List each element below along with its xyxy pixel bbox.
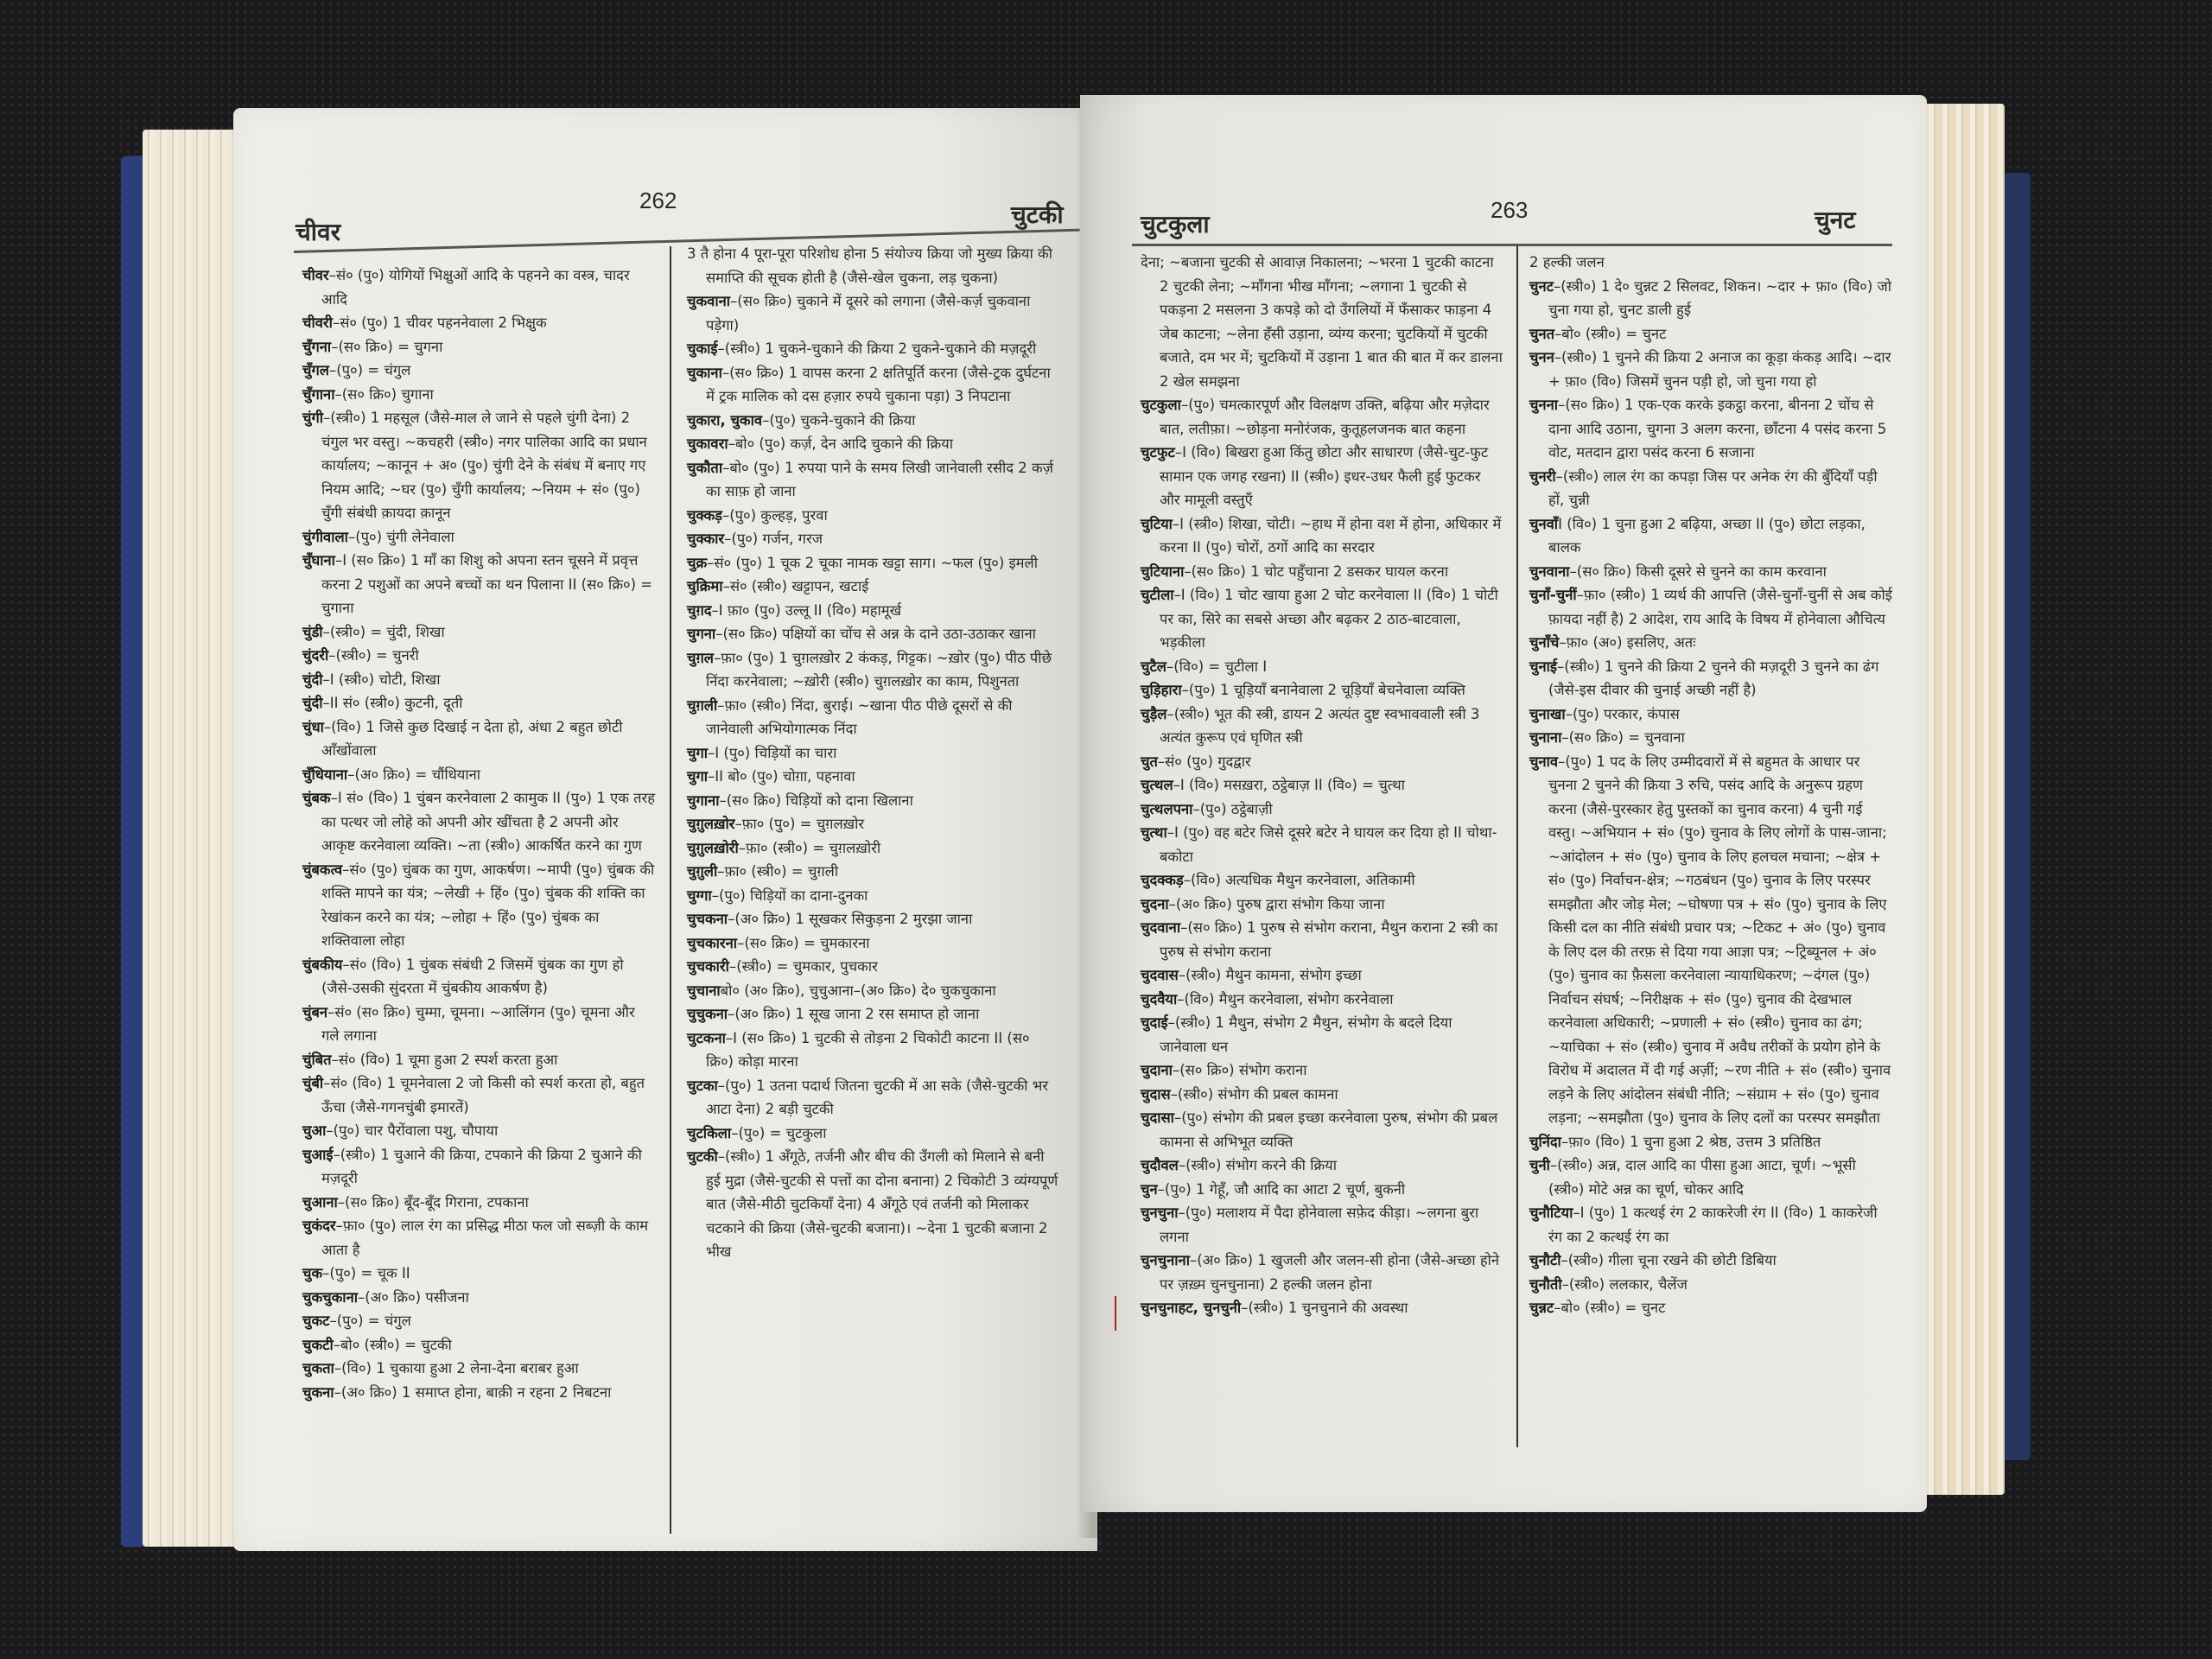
dictionary-entry: चुचानाबो० (अ० क्रि०), चुचुआना–(अ० क्रि०)…	[687, 979, 1058, 1003]
definition: –I (स्त्री०) चोटी, शिखा	[323, 671, 441, 688]
dictionary-entry: चुगा–II बो० (पु०) चोग़ा, पहनावा	[687, 765, 1058, 789]
definition: –(स० क्रि०) पक्षियों का चोंच से अन्न के …	[715, 626, 1036, 642]
dictionary-entry: चुंबन–सं० (स० क्रि०) चुम्मा, चूमना। ~आलि…	[302, 1001, 657, 1048]
headword: चुदना	[1141, 896, 1169, 912]
headword: चुचकना	[687, 911, 728, 927]
dictionary-entry: चुग़ल–फ़ा० (पु०) 1 चुग़लख़ोर 2 कंकड़, गि…	[687, 646, 1058, 694]
headword: चुदासा	[1141, 1109, 1174, 1126]
page-edges-left	[143, 130, 238, 1547]
definition: –(स्त्री०) = चुनरी	[328, 647, 418, 664]
definition: –(स्त्री०) 1 अँगूठे, तर्जनी और बीच की उँ…	[706, 1148, 1058, 1260]
headword: चुटकी	[687, 1148, 718, 1165]
definition: –बो० (पु०) कर्ज़, देन आदि चुकाने की क्रि…	[728, 435, 953, 452]
dictionary-entry: चुकटी–बो० (स्त्री०) = चुटकी	[302, 1333, 657, 1357]
definition: –(पु०) = चंगुल	[329, 1313, 410, 1329]
definition: –(स्त्री०) 1 महसूल (जैसे-माल ले जाने से …	[321, 410, 647, 521]
definition: –फ़ा० (अ०) इसलिए, अतः	[1559, 634, 1695, 651]
headword: चुआई	[302, 1147, 333, 1163]
dictionary-entry: चुग़ुलख़ोरी–फ़ा० (स्त्री०) = चुग़लख़ोरी	[687, 836, 1058, 861]
column-1: चीवर–सं० (पु०) योगियों भिक्षुओं आदि के प…	[302, 264, 657, 1404]
headword: चुनचुनाहट, चुनचुनी	[1141, 1300, 1241, 1316]
dictionary-entry: चुआना–(स० क्रि०) बूँद-बूँद गिराना, टपकान…	[302, 1191, 657, 1215]
definition: –(स्त्री०) 1 चुआने की क्रिया, टपकाने की …	[321, 1147, 642, 1187]
headword: चुदास	[1141, 1086, 1171, 1103]
dictionary-entry: चुदासा–(पु०) संभोग की प्रबल इच्छा करनेवा…	[1141, 1106, 1503, 1154]
dictionary-entry: चुंगी–(स्त्री०) 1 महसूल (जैसे-माल ले जान…	[302, 406, 657, 525]
dictionary-entry: चुँगल–(पु०) = चंगुल	[302, 359, 657, 383]
headword: चुग़ुली	[687, 863, 717, 880]
page-number: 263	[1491, 197, 1528, 224]
headword: चुक्कार	[687, 531, 724, 547]
headword: चुनवाना	[1529, 563, 1570, 580]
definition: –सं० (पु०) योगियों भिक्षुओं आदि के पहनने…	[321, 267, 630, 308]
column-2: 2 हल्की जलनचुनट–(स्त्री०) 1 दे० चुन्नट 2…	[1529, 251, 1892, 1320]
definition: –सं० (वि०) 1 चूमा हुआ 2 स्पर्श करता हुआ	[332, 1052, 558, 1068]
definition: –(पु०) 1 उतना पदार्थ जितना चुटकी में आ स…	[706, 1077, 1048, 1118]
definition: –फ़ा० (स्त्री०) = चुग़लख़ोरी	[739, 840, 880, 856]
definition: –बो० (स्त्री०) = चुनट	[1554, 1300, 1665, 1316]
headword: चुन	[1141, 1181, 1158, 1198]
definition: –(अ० क्रि०) 1 खुजली और जलन-सी होना (जैसे…	[1160, 1252, 1499, 1293]
dictionary-entry: चुक्र–सं० (पु०) 1 चूक 2 चूका नामक खट्टा …	[687, 551, 1058, 575]
definition: –(स्त्री०) 1 दे० चुन्नट 2 सिलवट, शिकन। ~…	[1548, 278, 1891, 319]
definition: –(पु०) परकार, कंपास	[1566, 706, 1680, 722]
dictionary-entry: चुटकिला–(पु०) = चुटकुला	[687, 1122, 1058, 1146]
definition: –I (स्त्री०) शिखा, चोटी। ~हाथ में होना व…	[1160, 516, 1501, 556]
definition: –(स्त्री०) ललकार, चैलेंज	[1562, 1276, 1688, 1293]
headword: चुनौटी	[1529, 1252, 1561, 1268]
definition: –बो० (स्त्री०) = चुटकी	[334, 1337, 452, 1353]
definition: 2 हल्की जलन	[1529, 254, 1605, 270]
headword: चुचकारी	[687, 958, 729, 975]
definition: –I (स० क्रि०) 1 माँ का शिशु को अपना स्तन…	[321, 552, 652, 616]
dictionary-entry: चुनाँ-चुनीं–फ़ा० (स्त्री०) 1 व्यर्थ की आ…	[1529, 583, 1892, 631]
headword: चुकौता	[687, 460, 722, 476]
headword: चुंडी	[302, 624, 323, 640]
definition: –I सं० (वि०) 1 चुंबन करनेवाला 2 कामुक II…	[321, 790, 655, 854]
dictionary-entry: चुन्नट–बो० (स्त्री०) = चुनट	[1529, 1296, 1892, 1320]
dictionary-entry: चुंबित–सं० (वि०) 1 चूमा हुआ 2 स्पर्श करत…	[302, 1048, 657, 1072]
dictionary-entry: चुड़ैल–(स्त्री०) भूत की स्त्री, डायन 2 अ…	[1141, 702, 1503, 750]
dictionary-entry: चुनट–(स्त्री०) 1 दे० चुन्नट 2 सिलवट, शिक…	[1529, 275, 1892, 322]
definition: –(पु०) 1 गेहूँ, जौ आदि का आटा 2 चूर्ण, ब…	[1158, 1181, 1406, 1198]
left-page[interactable]: 262 चीवर चुटकी चीवर–सं० (पु०) योगियों भि…	[233, 108, 1097, 1551]
definition: –फ़ा० (स्त्री०) = चुग़ली	[717, 863, 838, 880]
headword: चुदाई	[1141, 1014, 1168, 1031]
headword: चुनाँचे	[1529, 634, 1559, 651]
definition: –(अ० क्रि०) 1 समाप्त होना, बाक़ी न रहना …	[334, 1384, 612, 1401]
headword: चुग्गा	[687, 887, 712, 904]
dictionary-entry: चुनचुनाना–(अ० क्रि०) 1 खुजली और जलन-सी ह…	[1141, 1249, 1503, 1296]
red-pen-mark	[1115, 1296, 1116, 1331]
headword: चुनिंदा	[1529, 1134, 1561, 1150]
open-dictionary-book: 262 चीवर चुटकी चीवर–सं० (पु०) योगियों भि…	[0, 0, 2212, 1659]
dictionary-entry: चुग़द–I फ़ा० (पु०) उल्लू II (वि०) महामूर…	[687, 599, 1058, 623]
dictionary-entry: चुगा–I (पु०) चिड़ियों का चारा	[687, 741, 1058, 766]
definition: –(स० क्रि०) किसी दूसरे से चुनने का काम क…	[1570, 563, 1827, 580]
dictionary-entry: चुटीला–I (वि०) 1 चोट खाया हुआ 2 चोट करने…	[1141, 583, 1503, 655]
headword: चुंबी	[302, 1075, 323, 1091]
dictionary-entry: चुंडी–(स्त्री०) = चुंदी, शिखा	[302, 620, 657, 645]
dictionary-entry: चुदना–(अ० क्रि०) पुरुष द्वारा संभोग किया…	[1141, 893, 1503, 917]
definition: –फ़ा० (स्त्री०) 1 व्यर्थ की आपत्ति (जैसे…	[1548, 587, 1892, 627]
headword: चुआना	[302, 1194, 338, 1211]
definition: –(पु०) 1 चूड़ियाँ बनानेवाला 2 चूड़ियाँ ब…	[1182, 682, 1465, 698]
definition: –(पु०) चिड़ियों का दाना-दुनका	[712, 887, 868, 904]
definition: –(स्त्री०) मैथुन कामना, संभोग इच्छा	[1179, 967, 1362, 983]
dictionary-entry: चुँधियाना–(अ० क्रि०) = चौंधियाना	[302, 763, 657, 787]
page-number: 262	[639, 188, 677, 214]
definition: –(स्त्री०) संभोग की प्रबल कामना	[1171, 1086, 1338, 1103]
headword: चुंबित	[302, 1052, 332, 1068]
dictionary-entry: चुटका–(पु०) 1 उतना पदार्थ जितना चुटकी मे…	[687, 1074, 1058, 1122]
dictionary-entry: चुनाखा–(पु०) परकार, कंपास	[1529, 702, 1892, 727]
headword: चुकट	[302, 1313, 329, 1329]
dictionary-entry: चुदाई–(स्त्री०) 1 मैथुन, संभोग 2 मैथुन, …	[1141, 1011, 1503, 1058]
dictionary-entry: चुनचुनाहट, चुनचुनी–(स्त्री०) 1 चुनचुनाने…	[1141, 1296, 1503, 1320]
dictionary-entry: चुनौटिया–I (पु०) 1 कत्थई रंग 2 काकरेजी र…	[1529, 1201, 1892, 1249]
dictionary-entry: 2 हल्की जलन	[1529, 251, 1892, 275]
dictionary-entry: चुकौता–बो० (पु०) 1 रुपया पाने के समय लिख…	[687, 456, 1058, 504]
definition: –फ़ा० (पु०) = चुग़लख़ोर	[734, 816, 864, 832]
dictionary-entry: चुंदी–I (स्त्री०) चोटी, शिखा	[302, 668, 657, 692]
dictionary-entry: चुक्कड़–(पु०) कुल्हड़, पुरवा	[687, 504, 1058, 528]
definition: –(स० क्रि०) चिड़ियों को दाना खिलाना	[719, 792, 912, 809]
headword: चुनौटिया	[1529, 1205, 1573, 1221]
headword: चुकना	[302, 1384, 334, 1401]
dictionary-entry: चुकचुकाना–(अ० क्रि०) पसीजना	[302, 1286, 657, 1310]
dictionary-entry: चुक्रिमा–सं० (स्त्री०) खट्टापन, खटाई	[687, 575, 1058, 599]
dictionary-entry: चुआ–(पु०) चार पैरोंवाला पशु, चौपाया	[302, 1119, 657, 1143]
dictionary-entry: चुँगाना–(स० क्रि०) चुगाना	[302, 383, 657, 407]
headword: चुँगाना	[302, 386, 334, 403]
headword: चुगना	[687, 626, 715, 642]
headword: चुक	[302, 1265, 322, 1281]
definition: –(पु०) चुकने-चुकाने की क्रिया	[762, 412, 915, 429]
dictionary-entry: चुनौटी–(स्त्री०) गीला चूना रखने की छोटी …	[1529, 1249, 1892, 1273]
headword: चुटका	[687, 1077, 718, 1094]
dictionary-entry: चुकट–(पु०) = चंगुल	[302, 1309, 657, 1333]
dictionary-entry: चुंगीवाला–(पु०) चुंगी लेनेवाला	[302, 525, 657, 550]
dictionary-entry: चुंबक–I सं० (वि०) 1 चुंबन करनेवाला 2 काम…	[302, 786, 657, 858]
dictionary-entry: चुकाई–(स्त्री०) 1 चुकने-चुकाने की क्रिया…	[687, 337, 1058, 361]
headword: चुत	[1141, 753, 1158, 770]
definition: –सं० (स्त्री०) खट्टापन, खटाई	[723, 578, 869, 594]
definition: –I (पु०) चिड़ियों का चारा	[708, 745, 836, 761]
headword: चुनाव	[1529, 753, 1558, 770]
definition: –(स० क्रि०) बूँद-बूँद गिराना, टपकाना	[338, 1194, 529, 1211]
dictionary-entry: चीवरी–सं० (पु०) 1 चीवर पहननेवाला 2 भिक्ष…	[302, 311, 657, 335]
headword: चुदाना	[1141, 1062, 1173, 1078]
definition: –(पु०) = चुटकुला	[731, 1125, 826, 1141]
dictionary-entry: चुनचुना–(पु०) मलाशय में पैदा होनेवाला सफ…	[1141, 1201, 1503, 1249]
dictionary-entry: चुदवास–(स्त्री०) मैथुन कामना, संभोग इच्छ…	[1141, 963, 1503, 988]
definition: –(पु०) = चूक II	[322, 1265, 410, 1281]
dictionary-entry: चुनिंदा–फ़ा० (वि०) 1 चुना हुआ 2 श्रेष्ठ,…	[1529, 1130, 1892, 1154]
definition: –सं० (पु०) गुदद्वार	[1158, 753, 1251, 770]
dictionary-entry: चुग्गा–(पु०) चिड़ियों का दाना-दुनका	[687, 884, 1058, 908]
headword: चुटियाना	[1141, 563, 1184, 580]
headword: चुचकारना	[687, 935, 737, 951]
headword: चुंबक	[302, 790, 331, 806]
definition: –(वि०) मैथुन करनेवाला, संभोग करनेवाला	[1177, 991, 1393, 1007]
definition: –(पु०) = चंगुल	[329, 362, 410, 378]
headword: चुनाखा	[1529, 706, 1566, 722]
definition: –(स्त्री०) 1 चुकने-चुकाने की क्रिया 2 चु…	[718, 340, 1037, 357]
dictionary-entry: चुँगना–(स० क्रि०) = चुगना	[302, 335, 657, 359]
column-divider	[670, 246, 671, 1534]
headword: चुनौती	[1529, 1276, 1562, 1293]
headword: चुनन	[1529, 349, 1554, 365]
definition: –I (वि०) बिखरा हुआ किंतु छोटा और साधारण …	[1160, 444, 1488, 508]
dictionary-entry: चुंदरी–(स्त्री०) = चुनरी	[302, 644, 657, 668]
definition: बो० (अ० क्रि०), चुचुआना–(अ० क्रि०) दे० च…	[721, 982, 996, 999]
dictionary-entry: चुटिया–I (स्त्री०) शिखा, चोटी। ~हाथ में …	[1141, 512, 1503, 560]
dictionary-entry: चुनना–(स० क्रि०) 1 एक-एक करके इकट्ठा करन…	[1529, 393, 1892, 465]
headword: चुकावरा	[687, 435, 728, 452]
dictionary-entry: चुगाना–(स० क्रि०) चिड़ियों को दाना खिलान…	[687, 789, 1058, 813]
headword: चुनरी	[1529, 468, 1556, 485]
headword: चुनट	[1529, 278, 1554, 295]
dictionary-entry: चुचुकना–(अ० क्रि०) 1 सूख जाना 2 रस समाप्…	[687, 1002, 1058, 1027]
headword: चुकंदर	[302, 1217, 336, 1234]
dictionary-entry: चुदास–(स्त्री०) संभोग की प्रबल कामना	[1141, 1083, 1503, 1107]
definition: –(स्त्री०) = चुमकार, पुचकार	[729, 958, 878, 975]
headword: चुटीला	[1141, 587, 1174, 603]
headword: चुटकना	[687, 1030, 726, 1046]
definition: देना; ~बजाना चुटकी से आवाज़ निकालना; ~भर…	[1141, 254, 1503, 390]
definition: –II बो० (पु०) चोग़ा, पहनावा	[708, 768, 855, 785]
definition: –(पु०) चमत्कारपूर्ण और विलक्षण उक्ति, बढ…	[1160, 397, 1490, 437]
definition: –(वि०) अत्यधिक मैथुन करनेवाला, अतिकामी	[1184, 872, 1415, 888]
headword: चुचाना	[687, 982, 721, 999]
definition: –फ़ा० (पु०) 1 चुग़लख़ोर 2 कंकड़, गिट्टक।…	[706, 650, 1052, 690]
definition: –I (स० क्रि०) 1 चुटकी से तोड़ना 2 चिकोटी…	[706, 1030, 1030, 1071]
headword: चुत्थलपना	[1141, 801, 1192, 817]
definition: –(अ० क्रि०) पुरुष द्वारा संभोग किया जाना	[1169, 896, 1385, 912]
definition: –II सं० (स्त्री०) कुटनी, दूती	[323, 695, 463, 711]
guide-word-first: चीवर	[296, 215, 340, 248]
dictionary-entry: चुन–(पु०) 1 गेहूँ, जौ आदि का आटा 2 चूर्ण…	[1141, 1178, 1503, 1202]
definition: –बो० (पु०) 1 रुपया पाने के समय लिखी जाने…	[706, 460, 1053, 500]
headword: चुकाना	[687, 365, 722, 381]
headword: चुनचुना	[1141, 1205, 1179, 1221]
headword: चुनचुनाना	[1141, 1252, 1190, 1268]
dictionary-entry: चुनवाँI (वि०) 1 चुना हुआ 2 बढ़िया, अच्छा…	[1529, 512, 1892, 560]
dictionary-entry: चुत्थल–I (वि०) मसख़रा, ठट्ठेबाज़ II (वि०…	[1141, 773, 1503, 798]
headword: चुत्था	[1141, 824, 1167, 841]
headword: चुनत	[1529, 326, 1554, 342]
headword: चुग़ली	[687, 697, 717, 714]
definition: –(अ० क्रि०) = चौंधियाना	[347, 766, 480, 783]
headword: चुदवास	[1141, 967, 1179, 983]
dictionary-entry: 3 तै होना 4 पूरा-पूरा परिशोध होना 5 संयो…	[687, 242, 1058, 289]
definition: –(स्त्री०) = चुंदी, शिखा	[323, 624, 445, 640]
dictionary-entry: चुनी–(स्त्री०) अन्न, दाल आदि का पीसा हुआ…	[1529, 1154, 1892, 1201]
definition: –(स्त्री०) 1 मैथुन, संभोग 2 मैथुन, संभोग…	[1160, 1014, 1452, 1055]
dictionary-entry: चुचकारी–(स्त्री०) = चुमकार, पुचकार	[687, 955, 1058, 979]
column-1: देना; ~बजाना चुटकी से आवाज़ निकालना; ~भर…	[1141, 251, 1503, 1320]
dictionary-entry: चुनाँचे–फ़ा० (अ०) इसलिए, अतः	[1529, 631, 1892, 655]
dictionary-entry: चुकवाना–(स० क्रि०) चुकाने में दूसरे को ल…	[687, 289, 1058, 337]
definition: –I (पु०) 1 कत्थई रंग 2 काकरेजी रंग II (व…	[1548, 1205, 1878, 1245]
definition: –(पु०) चार पैरोंवाला पशु, चौपाया	[326, 1122, 498, 1139]
definition: –(स० क्रि०) 1 चोट पहुँचाना 2 डसकर घायल क…	[1184, 563, 1448, 580]
headword: चुन्नट	[1529, 1300, 1554, 1316]
dictionary-entry: चुंबकीय–सं० (वि०) 1 चुंबक संबंधी 2 जिसमे…	[302, 953, 657, 1001]
guide-word-last: चुनट	[1815, 203, 1855, 236]
dictionary-entry: चुनाना–(स० क्रि०) = चुनवाना	[1529, 726, 1892, 750]
headword: चुँगना	[302, 339, 331, 355]
headword: चीवरी	[302, 315, 333, 331]
dictionary-entry: चुनवाना–(स० क्रि०) किसी दूसरे से चुनने क…	[1529, 560, 1892, 584]
definition: –बो० (स्त्री०) = चुनट	[1554, 326, 1666, 342]
definition: –(स० क्रि०) संभोग कराना	[1173, 1062, 1307, 1078]
dictionary-entry: चुत–सं० (पु०) गुदद्वार	[1141, 750, 1503, 774]
definition: –(पु०) 1 पद के लिए उम्मीदवारों में से बह…	[1548, 753, 1891, 1127]
dictionary-entry: चुआई–(स्त्री०) 1 चुआने की क्रिया, टपकाने…	[302, 1143, 657, 1191]
right-page[interactable]: 263 चुटकुला चुनट देना; ~बजाना चुटकी से आ…	[1080, 95, 1927, 1512]
dictionary-entry: चुकावरा–बो० (पु०) कर्ज़, देन आदि चुकाने …	[687, 432, 1058, 456]
headword: चुंगीवाला	[302, 529, 348, 545]
headword: चुचुकना	[687, 1006, 728, 1022]
definition: –(स्त्री०) 1 चुनने की क्रिया 2 चुनने की …	[1548, 658, 1878, 699]
dictionary-entry: चुंदी–II सं० (स्त्री०) कुटनी, दूती	[302, 691, 657, 715]
dictionary-entry: चुटियाना–(स० क्रि०) 1 चोट पहुँचाना 2 डसक…	[1141, 560, 1503, 584]
definition: –(स्त्री०) संभोग करने की क्रिया	[1179, 1157, 1337, 1173]
dictionary-entry: चुत्था–I (पु०) वह बटेर जिसे दूसरे बटेर न…	[1141, 821, 1503, 868]
dictionary-entry: चुकारा, चुकाव–(पु०) चुकने-चुकाने की क्रि…	[687, 409, 1058, 433]
dictionary-entry: चुकाना–(स० क्रि०) 1 वापस करना 2 क्षतिपूर…	[687, 361, 1058, 409]
headword: चुक्र	[687, 555, 707, 571]
headword: चुड़ैल	[1141, 706, 1167, 722]
headword: चुँघाना	[302, 552, 335, 569]
definition: –I (वि०) 1 चोट खाया हुआ 2 चोट करनेवाला I…	[1160, 587, 1498, 651]
headword: चुटिया	[1141, 516, 1173, 532]
headword: चुटकुला	[1141, 397, 1181, 413]
dictionary-entry: चुदक्कड़–(वि०) अत्यधिक मैथुन करनेवाला, अ…	[1141, 868, 1503, 893]
headword: चुंदी	[302, 671, 323, 688]
definition: –(स्त्री०) अन्न, दाल आदि का पीसा हुआ आटा…	[1548, 1157, 1856, 1198]
headword: चुग़द	[687, 602, 712, 619]
headword: चुग़ुलख़ोर	[687, 816, 734, 832]
headword: चुदवैया	[1141, 991, 1177, 1007]
dictionary-entry: चुटैल–(वि०) = चुटीला I	[1141, 655, 1503, 679]
headword: चुटकिला	[687, 1125, 731, 1141]
definition: –सं० (पु०) 1 चूक 2 चूका नामक खट्टा साग। …	[707, 555, 1038, 571]
definition: –फ़ा० (स्त्री०) निंदा, बुराई। ~खाना पीठ …	[706, 697, 1013, 738]
headword: चुंधा	[302, 719, 324, 735]
dictionary-entry: चुकता–(वि०) 1 चुकाया हुआ 2 लेना-देना बरा…	[302, 1357, 657, 1381]
definition: –(अ० क्रि०) 1 सूखकर सिकुड़ना 2 मुरझा जान…	[728, 911, 972, 927]
dictionary-entry: देना; ~बजाना चुटकी से आवाज़ निकालना; ~भर…	[1141, 251, 1503, 393]
dictionary-entry: चुकना–(अ० क्रि०) 1 समाप्त होना, बाक़ी न …	[302, 1381, 657, 1405]
header-rule	[1132, 244, 1892, 246]
headword: चुकटी	[302, 1337, 334, 1353]
headword: चुग़ुलख़ोरी	[687, 840, 739, 856]
definition: –(स० क्रि०) चुगाना	[334, 386, 433, 403]
guide-word-last: चुटकी	[1011, 198, 1064, 231]
definition: –(स० क्रि०) चुकाने में दूसरे को लगाना (ज…	[706, 293, 1030, 334]
dictionary-entry: चुंबकत्व–सं० (पु०) चुंबक का गुण, आकर्षण।…	[302, 858, 657, 953]
definition: –(अ० क्रि०) 1 सूख जाना 2 रस समाप्त हो जा…	[728, 1006, 979, 1022]
definition: –(स० क्रि०) = चुगना	[331, 339, 442, 355]
definition: –फ़ा० (पु०) लाल रंग का प्रसिद्ध मीठा फल …	[321, 1217, 648, 1258]
dictionary-entry: चुटफुट–I (वि०) बिखरा हुआ किंतु छोटा और स…	[1141, 441, 1503, 512]
dictionary-entry: चुनरी–(स्त्री०) लाल रंग का कपड़ा जिस पर …	[1529, 465, 1892, 512]
headword: चुँधियाना	[302, 766, 347, 783]
dictionary-entry: चुंबी–सं० (वि०) 1 चूमनेवाला 2 जो किसी को…	[302, 1071, 657, 1119]
headword: चुकाई	[687, 340, 718, 357]
dictionary-entry: चुचकारना–(स० क्रि०) = चुमकारना	[687, 931, 1058, 956]
dictionary-entry: चुदवैया–(वि०) मैथुन करनेवाला, संभोग करने…	[1141, 988, 1503, 1012]
headword: चुड़िहारा	[1141, 682, 1182, 698]
definition: –(पु०) चुंगी लेनेवाला	[348, 529, 454, 545]
headword: चुकवाना	[687, 293, 730, 309]
headword: चुंदी	[302, 695, 323, 711]
headword: चुनाँ-चुनीं	[1529, 587, 1577, 603]
dictionary-entry: चुग़ुलख़ोर–फ़ा० (पु०) = चुग़लख़ोर	[687, 812, 1058, 836]
column-divider	[1516, 246, 1518, 1447]
definition: I (वि०) 1 चुना हुआ 2 बढ़िया, अच्छा II (प…	[1548, 516, 1866, 556]
dictionary-entry: चुटकी–(स्त्री०) 1 अँगूठे, तर्जनी और बीच …	[687, 1145, 1058, 1264]
dictionary-entry: चुनाव–(पु०) 1 पद के लिए उम्मीदवारों में …	[1529, 750, 1892, 1130]
definition: –(स्त्री०) गीला चूना रखने की छोटी डिबिया	[1561, 1252, 1777, 1268]
dictionary-entry: चुदवाना–(स० क्रि०) 1 पुरुष से संभोग करान…	[1141, 916, 1503, 963]
definition: –(स० क्रि०) = चुनवाना	[1561, 729, 1684, 746]
headword: चुग़ल	[687, 650, 714, 666]
definition: –(स० क्रि०) 1 पुरुष से संभोग कराना, मैथु…	[1160, 919, 1497, 960]
headword: चुंगी	[302, 410, 323, 426]
definition: –(स्त्री०) लाल रंग का कपड़ा जिस पर अनेक …	[1548, 468, 1878, 509]
headword: चुदवाना	[1141, 919, 1180, 936]
headword: चुनाई	[1529, 658, 1557, 675]
headword: चुगाना	[687, 792, 719, 809]
headword: चुदौवल	[1141, 1157, 1179, 1173]
headword: चुटैल	[1141, 658, 1166, 675]
dictionary-entry: चुँघाना–I (स० क्रि०) 1 माँ का शिशु को अप…	[302, 549, 657, 620]
dictionary-entry: चुनन–(स्त्री०) 1 चुनने की क्रिया 2 अनाज …	[1529, 346, 1892, 393]
headword: चुनी	[1529, 1157, 1550, 1173]
headword: चुंबन	[302, 1004, 327, 1020]
definition: –(पु०) ठट्ठेबाज़ी	[1192, 801, 1272, 817]
definition: –(स्त्री०) 1 चुनचुनाने की अवस्था	[1241, 1300, 1408, 1316]
definition: –फ़ा० (वि०) 1 चुना हुआ 2 श्रेष्ठ, उत्तम …	[1561, 1134, 1821, 1150]
definition: –(वि०) 1 जिसे कुछ दिखाई न देता हो, अंधा …	[321, 719, 623, 760]
definition: –सं० (स० क्रि०) चुम्मा, चूमना। ~आलिंगन (…	[321, 1004, 635, 1045]
definition: –सं० (पु०) 1 चीवर पहननेवाला 2 भिक्षुक	[333, 315, 547, 331]
dictionary-entry: चुदाना–(स० क्रि०) संभोग कराना	[1141, 1058, 1503, 1083]
dictionary-entry: चुटकना–I (स० क्रि०) 1 चुटकी से तोड़ना 2 …	[687, 1027, 1058, 1074]
headword: चुँगल	[302, 362, 329, 378]
headword: चुंबकीय	[302, 957, 342, 973]
headword: चुगा	[687, 768, 708, 785]
dictionary-entry: चीवर–सं० (पु०) योगियों भिक्षुओं आदि के प…	[302, 264, 657, 311]
dictionary-entry: चुटकुला–(पु०) चमत्कारपूर्ण और विलक्षण उक…	[1141, 393, 1503, 441]
headword: चुटफुट	[1141, 444, 1175, 461]
definition: –(पु०) मलाशय में पैदा होनेवाला सफ़ेद कीड…	[1160, 1205, 1478, 1245]
headword: चुनाना	[1529, 729, 1561, 746]
definition: –(वि०) 1 चुकाया हुआ 2 लेना-देना बराबर हु…	[334, 1360, 579, 1376]
dictionary-entry: चुनाई–(स्त्री०) 1 चुनने की क्रिया 2 चुनन…	[1529, 655, 1892, 702]
headword: चुंदरी	[302, 647, 328, 664]
dictionary-entry: चुग़ली–फ़ा० (स्त्री०) निंदा, बुराई। ~खान…	[687, 694, 1058, 741]
headword: चुत्थल	[1141, 777, 1173, 793]
dictionary-entry: चुकंदर–फ़ा० (पु०) लाल रंग का प्रसिद्ध मी…	[302, 1214, 657, 1262]
definition: –(स० क्रि०) = चुमकारना	[737, 935, 869, 951]
headword: चुकचुकाना	[302, 1289, 358, 1306]
headword: चुकारा, चुकाव	[687, 412, 762, 429]
